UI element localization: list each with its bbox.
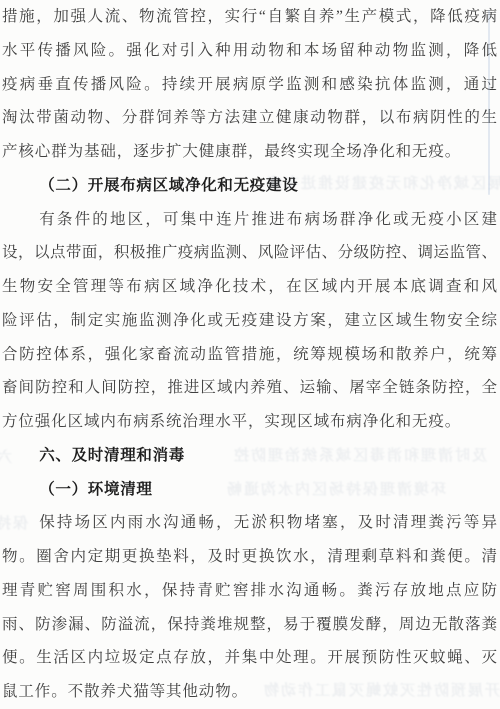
text-line: 物。圈舍内定期更换垫料，及时更换饮水，清理剩草料和粪便。清 (2, 540, 497, 574)
text-line: 措施，加强人流、物流管控，实行“自繁自养”生产模式，降低疫病 (2, 0, 497, 34)
text-line: 保持场区内雨水沟通畅，无淤积物堵塞，及时清理粪污等异 (2, 506, 497, 540)
text-line: 产核心群为基础，逐步扩大健康群，最终实现全场净化和无疫。 (2, 135, 497, 169)
text-line: 险评估，制定实施监测净化或无疫建设方案，建立区域生物安全综 (2, 304, 497, 338)
text-line: 便。生活区内垃圾定点存放，并集中处理。开展预防性灭蚊蝇、灭 (2, 641, 497, 675)
scanned-document-page: { "page": { "background": "#fcfcfb", "bo… (0, 0, 500, 709)
text-line: 方位强化区域内布病系统治理水平，实现区域布病净化和无疫。 (2, 405, 497, 439)
section-heading: （二）开展布病区域净化和无疫建设 (2, 169, 497, 203)
text-line: 理青贮窖周围积水，保持青贮窖排水沟通畅。粪污存放地点应防 (2, 574, 497, 608)
text-line: 生物安全管理等布病区域净化技术，在区域内开展本底调查和风 (2, 270, 497, 304)
section-heading: 六、及时清理和消毒 (2, 439, 497, 473)
text-line: 畜间防控和人间防控，推进区域内养殖、运输、屠宰全链条防控，全 (2, 371, 497, 405)
text-line: 设，以点带面，积极推广疫病监测、风险评估、分级防控、调运监管、 (2, 236, 497, 270)
document-body: 措施，加强人流、物流管控，实行“自繁自养”生产模式，降低疫病水平传播风险。强化对… (2, 0, 497, 709)
text-line: 淘汰带菌动物、分群饲养等方法建立健康动物群，以布病阴性的生 (2, 101, 497, 135)
text-line: 鼠工作。不散养犬猫等其他动物。 (2, 675, 497, 709)
text-line: 有条件的地区，可集中连片推进布病场群净化或无疫小区建 (2, 203, 497, 237)
text-line: 疫病垂直传播风险。持续开展病原学监测和感染抗体监测，通过 (2, 68, 497, 102)
text-line: 水平传播风险。强化对引入种用动物和本场留种动物监测，降低 (2, 34, 497, 68)
section-heading: （一）环境清理 (2, 473, 497, 507)
text-line: 雨、防渗漏、防溢流，保持粪堆规整，易于覆膜发酵，周边无散落粪 (2, 608, 497, 642)
text-line: 合防控体系，强化家畜流动监管措施，统筹规模场和散养户，统筹 (2, 338, 497, 372)
